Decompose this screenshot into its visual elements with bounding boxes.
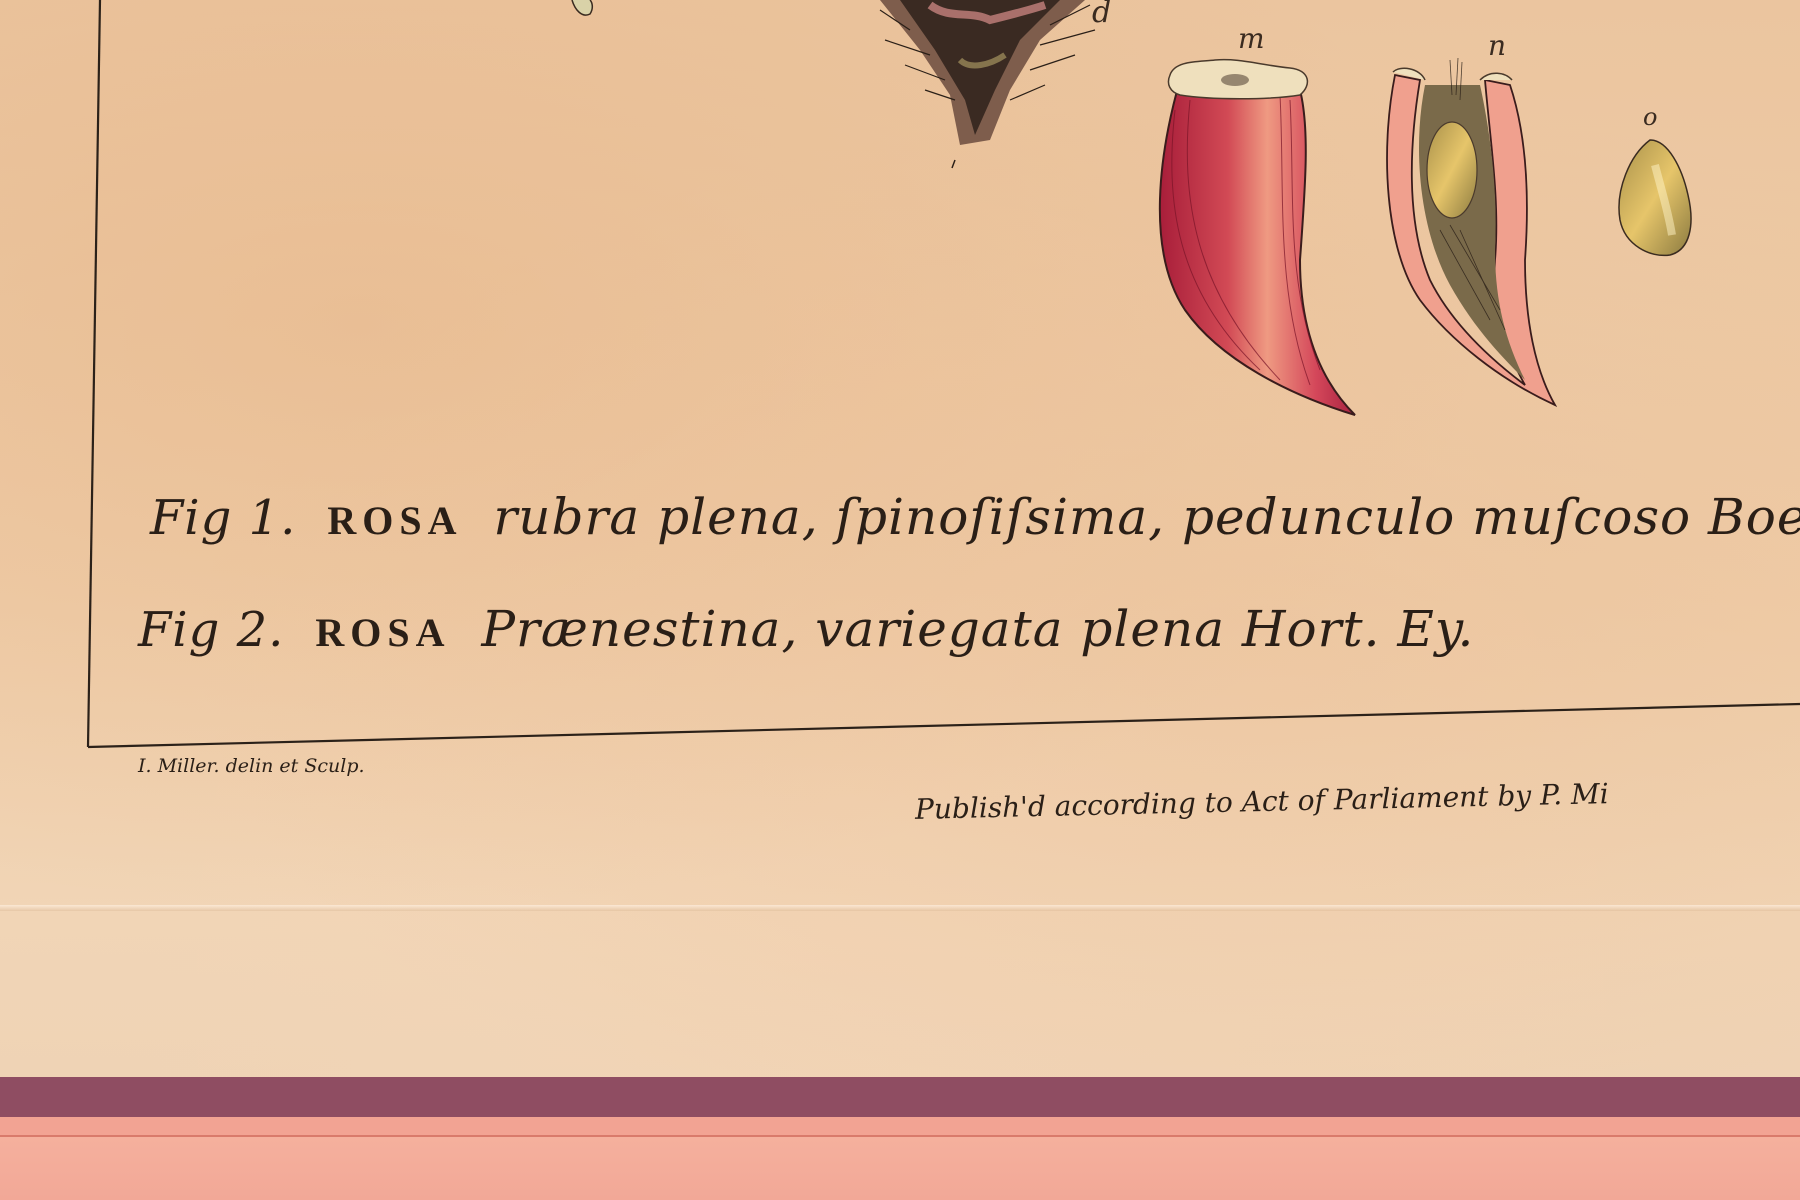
caption-fig-2: Fig 2. ROSA Prænestina, variegata plena … bbox=[138, 600, 1474, 658]
fig-1-description: rubra plena, ſpinoſiſsima, pedunculo muſ… bbox=[493, 488, 1800, 546]
label-d: d bbox=[1092, 0, 1111, 30]
hairy-calyx-illustration bbox=[880, 0, 1095, 168]
label-o: o bbox=[1643, 103, 1657, 131]
plate-border-bottom bbox=[88, 704, 1800, 747]
label-n: n bbox=[1488, 29, 1506, 62]
plate-mark-edge bbox=[0, 905, 1800, 911]
fig-2-description: Prænestina, variegata plena Hort. Ey. bbox=[481, 600, 1474, 658]
rose-hip-n-cross-section-illustration bbox=[1387, 58, 1555, 405]
leaf-tip-illustration bbox=[572, 0, 592, 15]
caption-fig-1: Fig 1. ROSA rubra plena, ſpinoſiſsima, p… bbox=[150, 488, 1800, 546]
mat-salmon-board bbox=[0, 1137, 1800, 1200]
rose-hip-m-illustration bbox=[1160, 60, 1355, 415]
engraver-credit: I. Miller. delin et Sculp. bbox=[138, 755, 365, 777]
fig-2-genus: ROSA bbox=[315, 610, 450, 655]
fig-1-genus: ROSA bbox=[327, 498, 462, 543]
fig-1-label: Fig 1. bbox=[150, 490, 296, 546]
plate-border-left bbox=[88, 0, 100, 747]
seed-o-illustration bbox=[1619, 140, 1691, 255]
fig-2-label: Fig 2. bbox=[138, 602, 284, 658]
mat-pink-strip bbox=[0, 1117, 1800, 1137]
mat-maroon-band bbox=[0, 1077, 1800, 1117]
label-m: m bbox=[1238, 22, 1265, 55]
